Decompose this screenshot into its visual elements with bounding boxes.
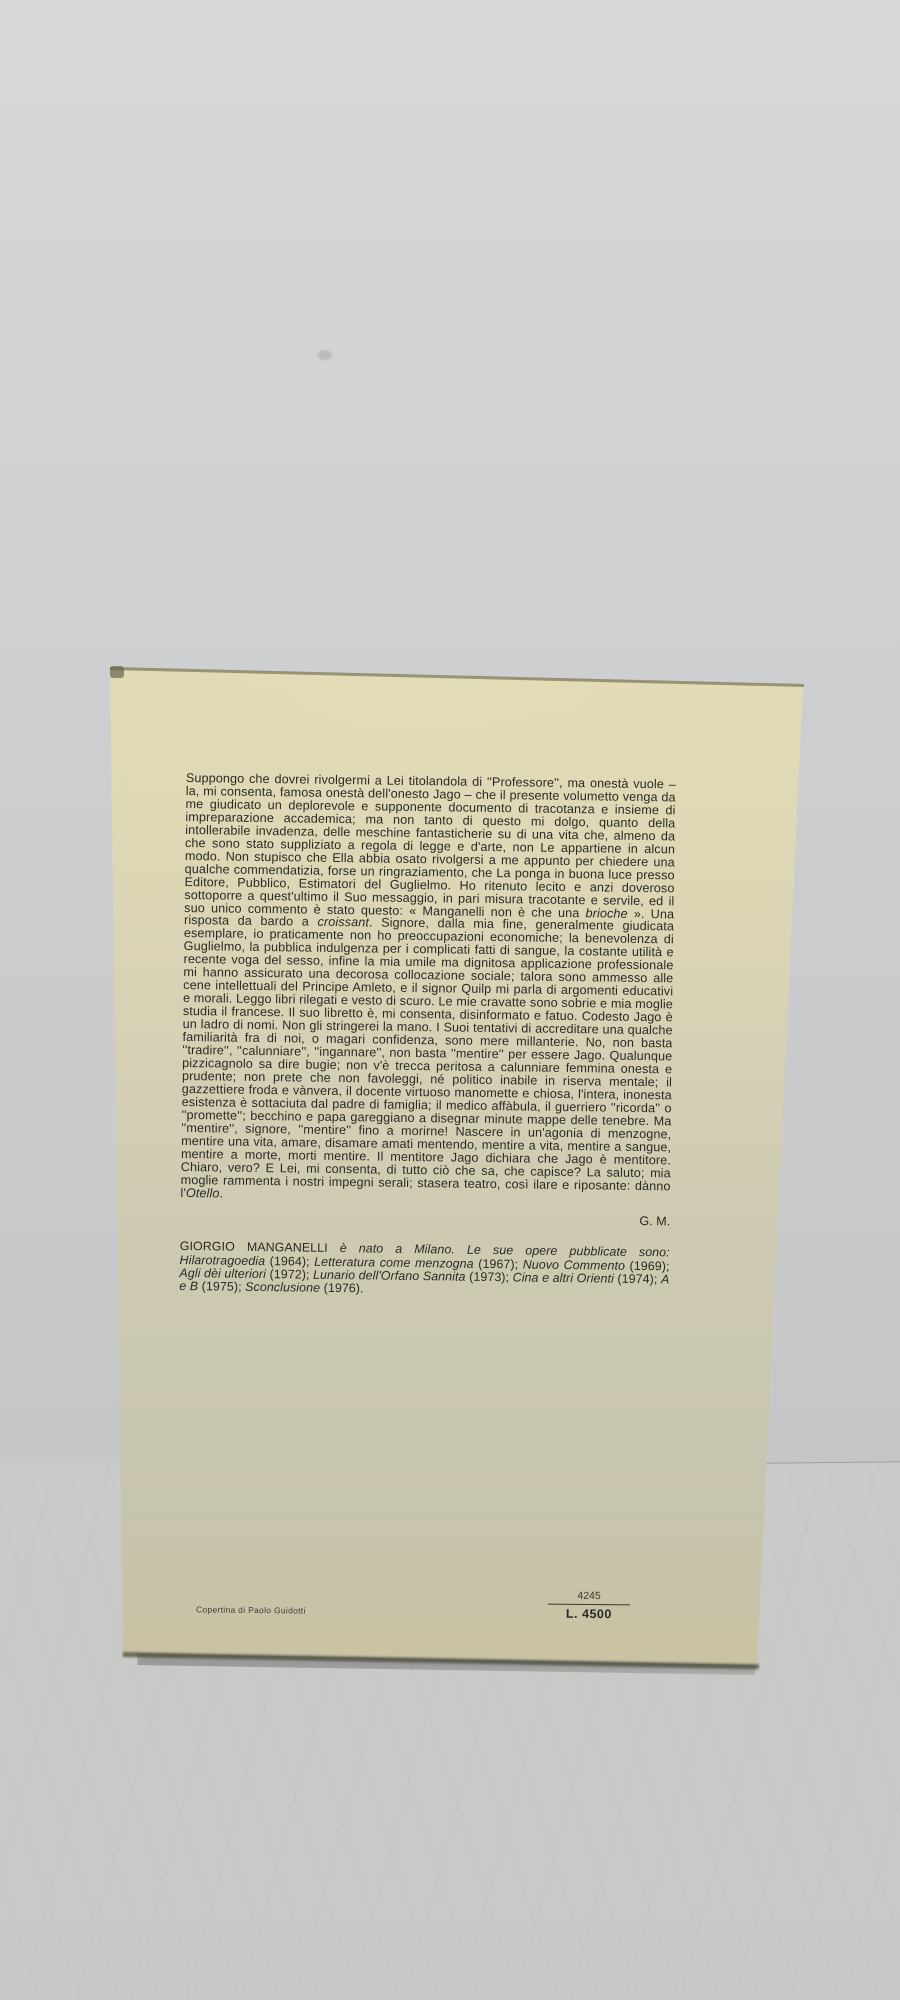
back-cover-text: Suppongo che dovrei rivolgermi a Lei tit… — [179, 772, 676, 1300]
bio-text: (1969); — [625, 1259, 670, 1274]
blurb-text: . — [219, 1186, 223, 1200]
bio-text: (1975); — [198, 1280, 245, 1295]
signature: G. M. — [180, 1208, 670, 1228]
price: L. 4500 — [548, 1607, 630, 1622]
bio-text: (1976). — [320, 1281, 364, 1296]
blurb-italic-otello: Otello — [186, 1186, 220, 1200]
bio-text: (1974); — [614, 1272, 661, 1287]
work-title: Sconclusione — [245, 1280, 320, 1295]
blurb-paragraph: Suppongo che dovrei rivolgermi a Lei tit… — [180, 772, 676, 1206]
work-title: Cina e altri Orienti — [513, 1270, 614, 1285]
author-bio: GIORGIO MANGANELLI è nato a Milano. Le s… — [179, 1240, 670, 1300]
wall-speck — [318, 350, 332, 360]
blurb-text: Suppongo che dovrei rivolgermi a Lei tit… — [184, 771, 676, 920]
blurb-text: . Signore, dalla mia fine, generalmente … — [180, 916, 674, 1200]
book-corner-wear — [110, 666, 124, 678]
catalog-number: 4245 — [548, 1590, 630, 1603]
price-box: 4245 L. 4500 — [548, 1590, 630, 1622]
cover-credit: Copertina di Paolo Guidotti — [196, 1604, 306, 1615]
price-divider — [548, 1604, 630, 1606]
bio-text: (1973); — [466, 1270, 513, 1285]
